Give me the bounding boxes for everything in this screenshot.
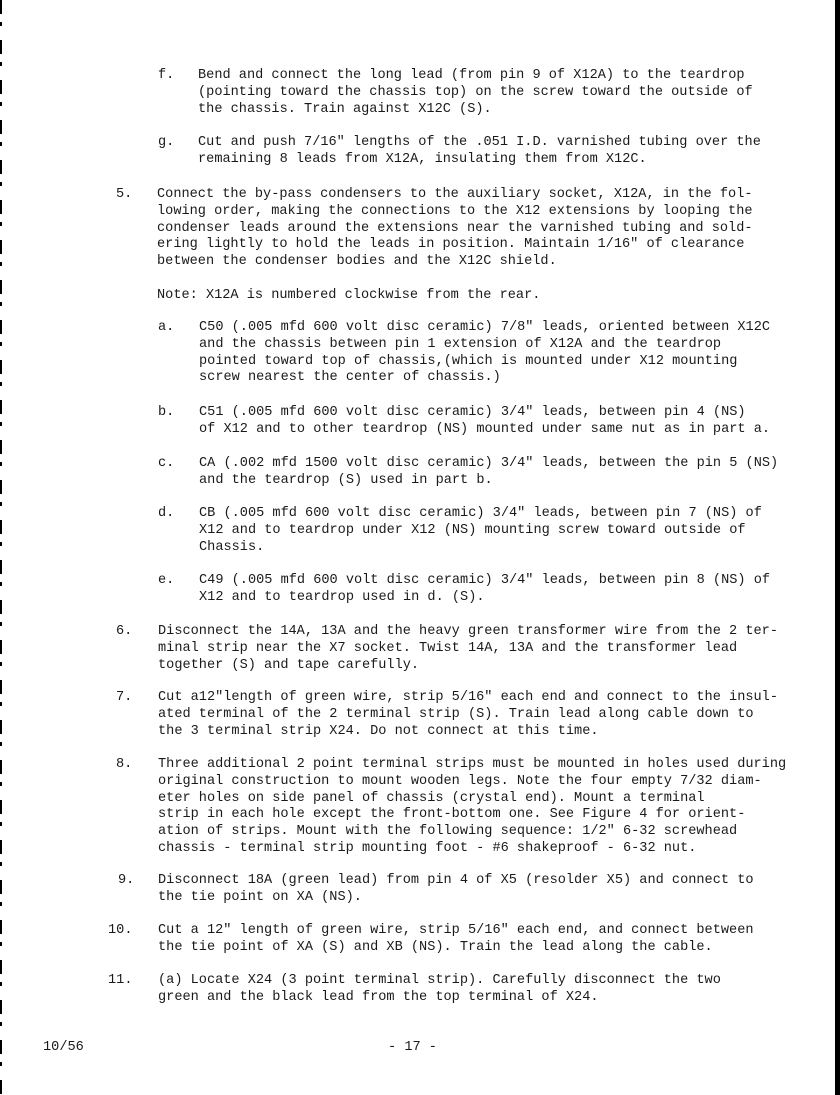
item-label: g. xyxy=(158,135,174,152)
text-line: remaining 8 leads from X12A, insulating … xyxy=(198,152,761,169)
item-label: c. xyxy=(158,456,174,473)
text-line: lowing order, making the connections to … xyxy=(157,204,753,221)
text-line: Note: X12A is numbered clockwise from th… xyxy=(157,288,540,305)
instruction-item: Connect the by-pass condensers to the au… xyxy=(157,187,753,271)
document-page: f.Bend and connect the long lead (from p… xyxy=(0,0,840,1095)
text-line: Connect the by-pass condensers to the au… xyxy=(157,187,753,204)
text-line: C49 (.005 mfd 600 volt disc ceramic) 3/4… xyxy=(199,573,770,590)
text-line: chassis - terminal strip mounting foot -… xyxy=(158,841,786,858)
instruction-item: Cut a 12" length of green wire, strip 5/… xyxy=(158,923,754,957)
text-line: between the condenser bodies and the X12… xyxy=(157,254,753,271)
instruction-item: Cut and push 7/16" lengths of the .051 I… xyxy=(198,135,761,169)
text-line: Chassis. xyxy=(199,540,762,557)
footer-date: 10/56 xyxy=(43,1040,84,1057)
text-line: ation of strips. Mount with the followin… xyxy=(158,824,786,841)
text-line: Cut a12"length of green wire, strip 5/16… xyxy=(158,690,778,707)
page-number: - 17 - xyxy=(388,1040,437,1057)
item-label: 9. xyxy=(118,873,134,890)
text-line: C50 (.005 mfd 600 volt disc ceramic) 7/8… xyxy=(199,320,770,337)
item-label: f. xyxy=(158,68,174,85)
item-label: 7. xyxy=(116,690,132,707)
text-line: the tie point on XA (NS). xyxy=(158,890,754,907)
text-line: together (S) and tape carefully. xyxy=(158,658,778,675)
scan-edge-right xyxy=(835,0,840,1095)
text-line: Bend and connect the long lead (from pin… xyxy=(198,68,753,85)
text-line: the chassis. Train against X12C (S). xyxy=(198,102,753,119)
text-line: ated terminal of the 2 terminal strip (S… xyxy=(158,707,778,724)
instruction-item: Disconnect 18A (green lead) from pin 4 o… xyxy=(158,873,754,907)
item-label: 8. xyxy=(116,757,132,774)
text-line: and the chassis between pin 1 extension … xyxy=(199,337,770,354)
instruction-item: Disconnect the 14A, 13A and the heavy gr… xyxy=(158,624,778,674)
text-line: condenser leads around the extensions ne… xyxy=(157,221,753,238)
text-line: Disconnect the 14A, 13A and the heavy gr… xyxy=(158,624,778,641)
text-line: X12 and to teardrop used in d. (S). xyxy=(199,590,770,607)
instruction-item: Bend and connect the long lead (from pin… xyxy=(198,68,753,118)
text-line: of X12 and to other teardrop (NS) mounte… xyxy=(199,422,770,439)
text-line: minal strip near the X7 socket. Twist 14… xyxy=(158,641,778,658)
text-line: eter holes on side panel of chassis (cry… xyxy=(158,791,786,808)
item-label: e. xyxy=(158,573,174,590)
instruction-item: Cut a12"length of green wire, strip 5/16… xyxy=(158,690,778,740)
text-line: C51 (.005 mfd 600 volt disc ceramic) 3/4… xyxy=(199,405,770,422)
text-line: Cut and push 7/16" lengths of the .051 I… xyxy=(198,135,761,152)
item-label: 5. xyxy=(116,187,132,204)
text-line: pointed toward top of chassis,(which is … xyxy=(199,354,770,371)
instruction-item: Note: X12A is numbered clockwise from th… xyxy=(157,288,540,305)
text-line: (a) Locate X24 (3 point terminal strip).… xyxy=(158,973,721,990)
instruction-item: CB (.005 mfd 600 volt disc ceramic) 3/4"… xyxy=(199,506,762,556)
text-line: X12 and to teardrop under X12 (NS) mount… xyxy=(199,523,762,540)
instruction-item: (a) Locate X24 (3 point terminal strip).… xyxy=(158,973,721,1007)
text-line: and the teardrop (S) used in part b. xyxy=(199,473,778,490)
text-line: strip in each hole except the front-bott… xyxy=(158,807,786,824)
instruction-item: C51 (.005 mfd 600 volt disc ceramic) 3/4… xyxy=(199,405,770,439)
instruction-item: CA (.002 mfd 1500 volt disc ceramic) 3/4… xyxy=(199,456,778,490)
text-line: Three additional 2 point terminal strips… xyxy=(158,757,786,774)
text-line: (pointing toward the chassis top) on the… xyxy=(198,85,753,102)
item-label: d. xyxy=(158,506,174,523)
text-line: ering lightly to hold the leads in posit… xyxy=(157,237,753,254)
instruction-item: C50 (.005 mfd 600 volt disc ceramic) 7/8… xyxy=(199,320,770,387)
text-line: the 3 terminal strip X24. Do not connect… xyxy=(158,724,778,741)
item-label: a. xyxy=(158,320,174,337)
scan-edge-left xyxy=(0,0,2,1095)
text-line: the tie point of XA (S) and XB (NS). Tra… xyxy=(158,940,754,957)
item-label: 10. xyxy=(108,923,132,940)
item-label: b. xyxy=(158,405,174,422)
text-line: CA (.002 mfd 1500 volt disc ceramic) 3/4… xyxy=(199,456,778,473)
item-label: 6. xyxy=(116,624,132,641)
text-line: CB (.005 mfd 600 volt disc ceramic) 3/4"… xyxy=(199,506,762,523)
text-line: Disconnect 18A (green lead) from pin 4 o… xyxy=(158,873,754,890)
item-label: 11. xyxy=(108,973,132,990)
text-line: Cut a 12" length of green wire, strip 5/… xyxy=(158,923,754,940)
instruction-item: C49 (.005 mfd 600 volt disc ceramic) 3/4… xyxy=(199,573,770,607)
text-line: original construction to mount wooden le… xyxy=(158,774,786,791)
instruction-item: Three additional 2 point terminal strips… xyxy=(158,757,786,858)
text-line: green and the black lead from the top te… xyxy=(158,990,721,1007)
text-line: screw nearest the center of chassis.) xyxy=(199,370,770,387)
